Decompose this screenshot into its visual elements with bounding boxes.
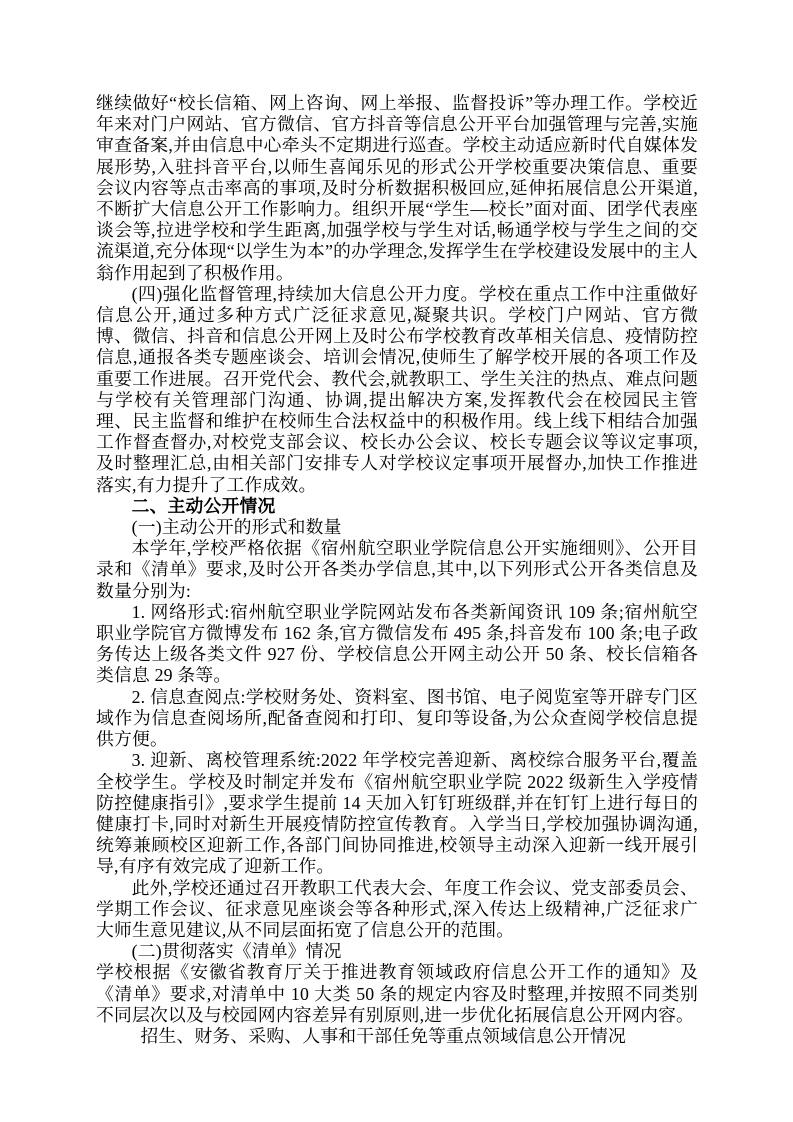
subheading-two-two: (二)贯彻落实《清单》情况 <box>96 941 698 962</box>
paragraph-continued: 继续做好“校长信箱、网上咨询、网上举报、监督投诉”等办理工作。学校近年来对门户网… <box>96 93 698 284</box>
document-page: 继续做好“校长信箱、网上咨询、网上举报、监督投诉”等办理工作。学校近年来对门户网… <box>0 0 793 1122</box>
paragraph-basis: 本学年,学校严格依据《宿州航空职业学院信息公开实施细则》、公开目录和《清单》要求… <box>96 538 698 602</box>
document-body: 继续做好“校长信箱、网上咨询、网上举报、监督投诉”等办理工作。学校近年来对门户网… <box>96 93 698 1047</box>
paragraph-section-four: (四)强化监督管理,持续加大信息公开力度。学校在重点工作中注重做好信息公开,通过… <box>96 284 698 496</box>
paragraph-additional-forms: 此外,学校还通过召开教职工代表大会、年度工作会议、党支部委员会、学期工作会议、征… <box>96 878 698 942</box>
line-key-areas: 招生、财务、采购、人事和干部任免等重点领域信息公开情况 <box>96 1026 698 1047</box>
list-item-1-network: 1. 网络形式:宿州航空职业学院网站发布各类新闻资讯 109 条;宿州航空职业学… <box>96 602 698 687</box>
subheading-two-one: (一)主动公开的形式和数量 <box>96 517 698 538</box>
list-item-3-welcome-system: 3. 迎新、离校管理系统:2022 年学校完善迎新、离校综合服务平台,覆盖全校学… <box>96 750 698 877</box>
section-heading-two: 二、主动公开情况 <box>96 496 698 517</box>
list-item-2-reading-points: 2. 信息查阅点:学校财务处、资料室、图书馆、电子阅览室等开辟专门区域作为信息查… <box>96 687 698 751</box>
paragraph-checklist: 学校根据《安徽省教育厅关于推进教育领域政府信息公开工作的通知》及《清单》要求,对… <box>96 962 698 1026</box>
